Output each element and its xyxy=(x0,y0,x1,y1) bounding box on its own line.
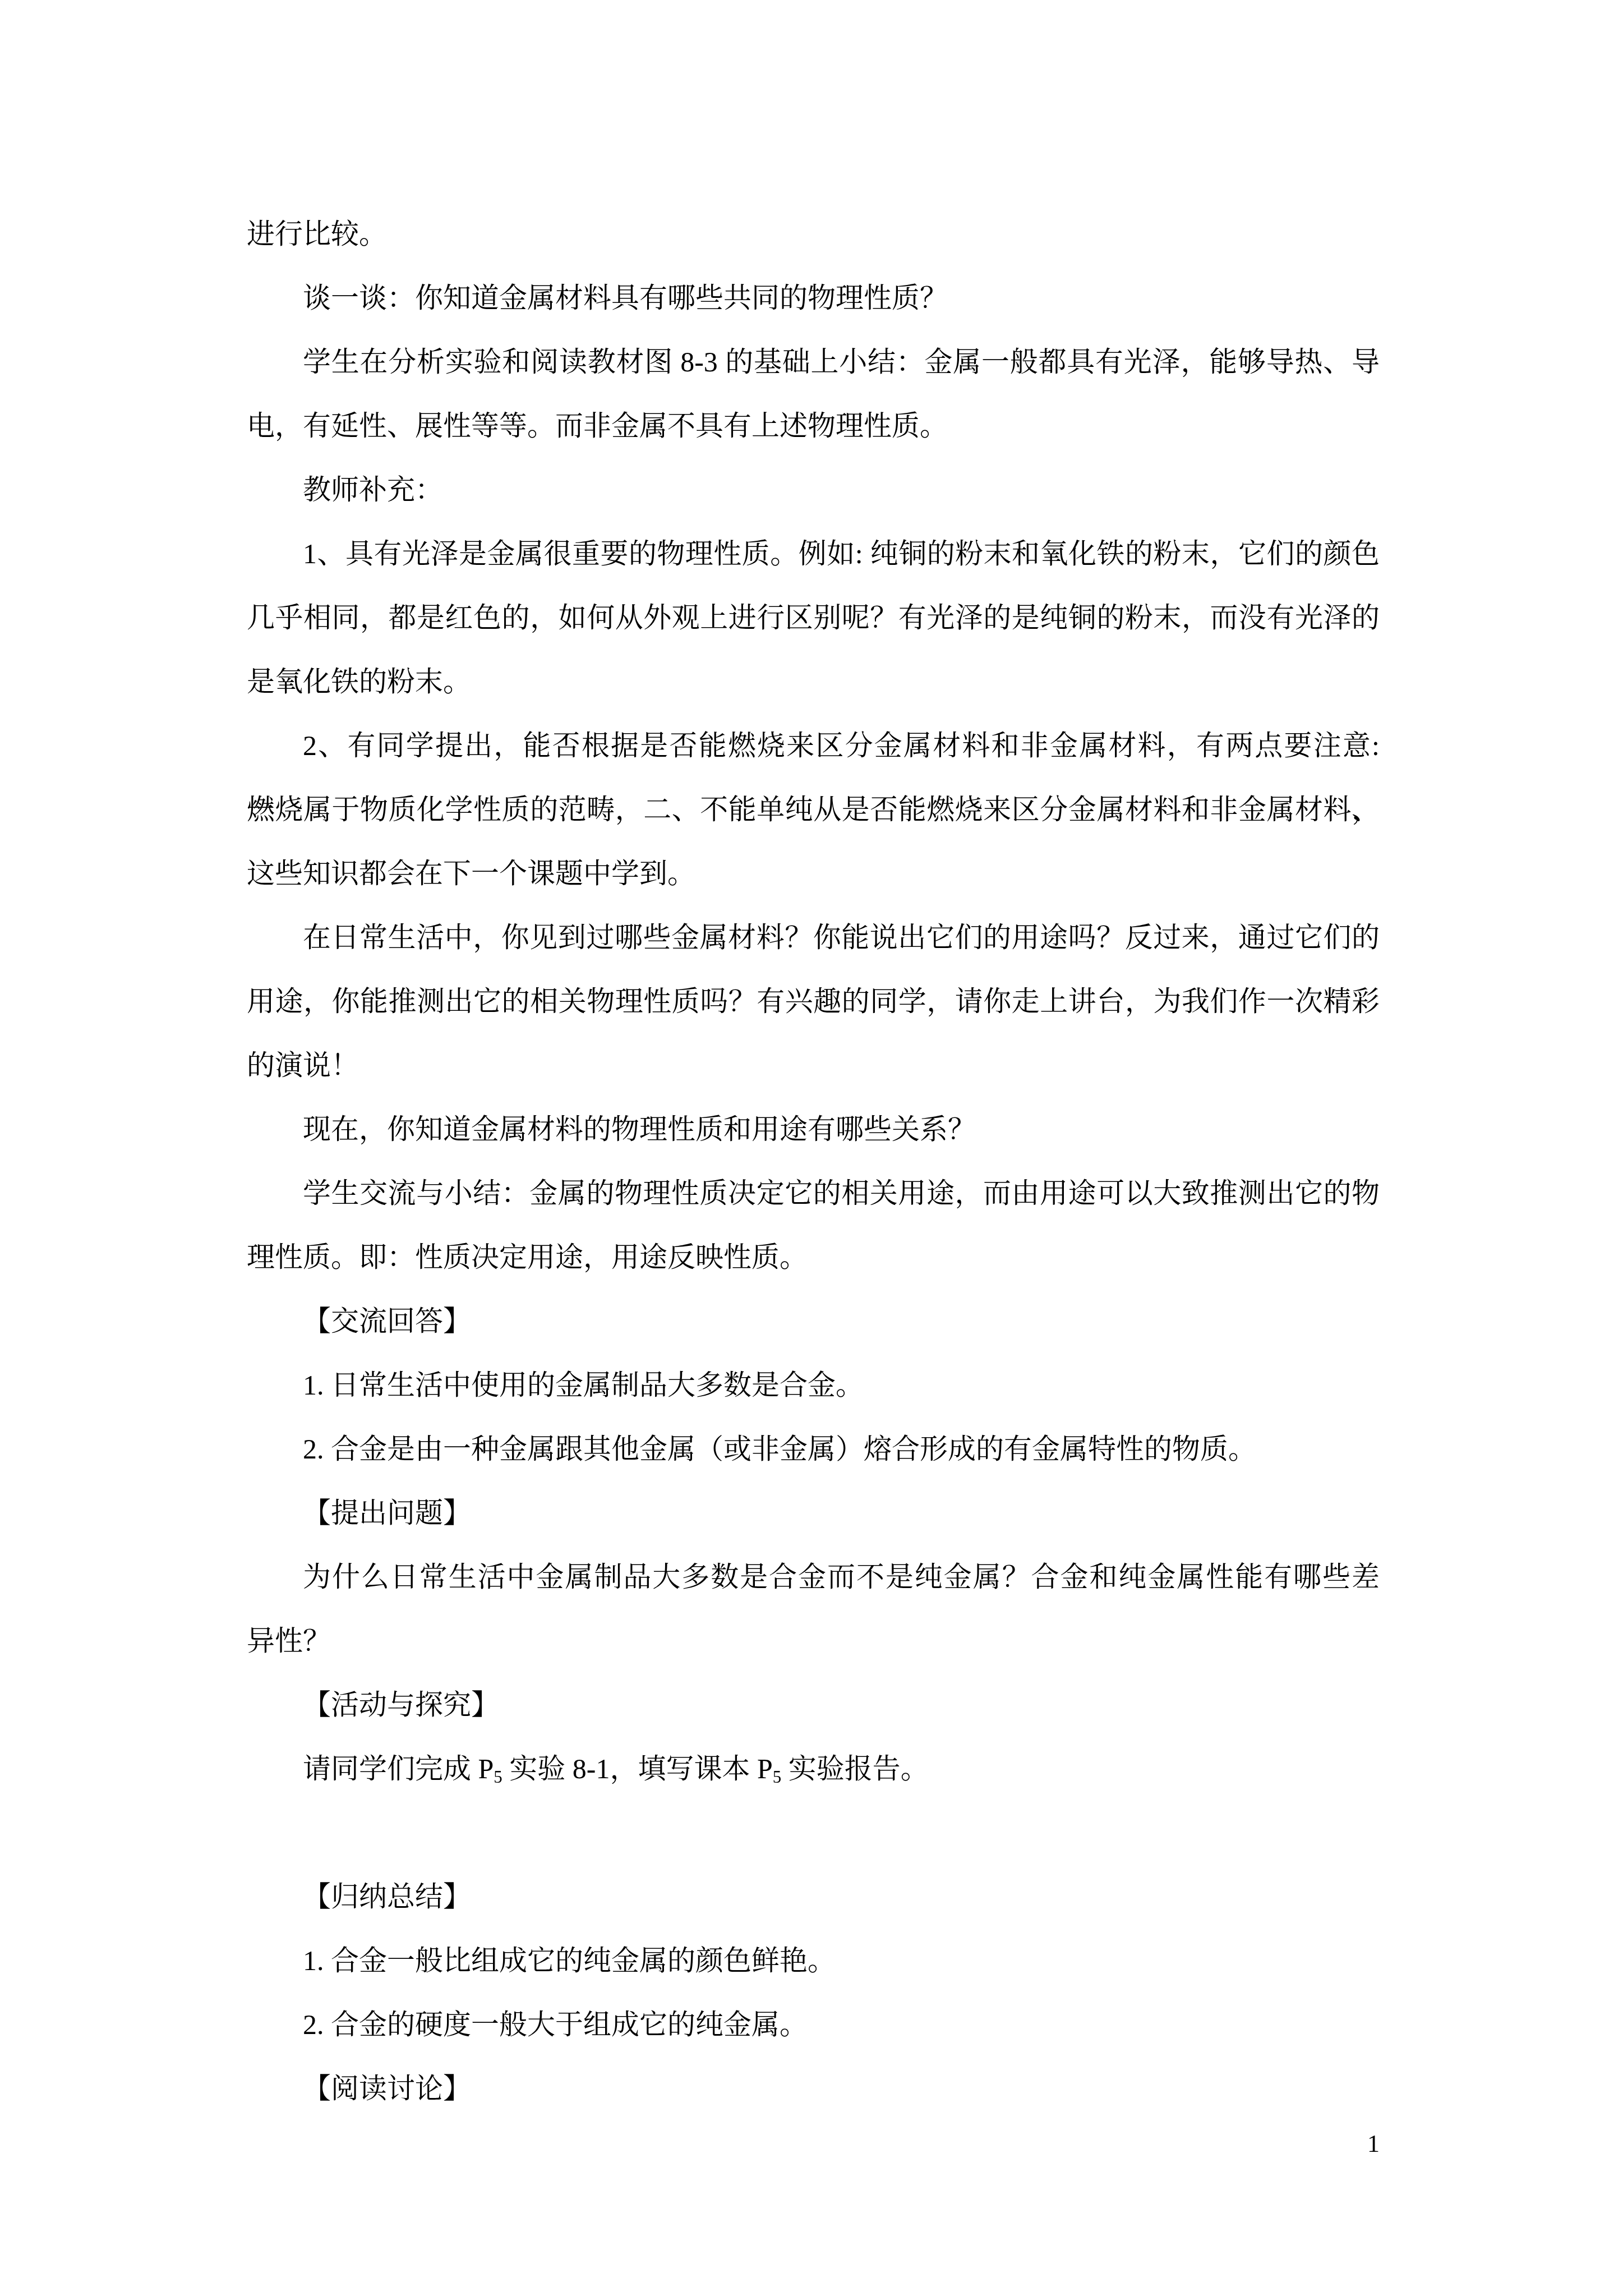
text-line: 【归纳总结】 xyxy=(247,1865,1380,1929)
line-text: 几乎相同，都是红色的，如何从外观上进行区别呢？有光泽的是纯铜的粉末，而没有光泽的 xyxy=(247,602,1380,633)
line-text: 现在，你知道金属材料的物理性质和用途有哪些关系？ xyxy=(303,1114,976,1145)
line-text: 1. 合金一般比组成它的纯金属的颜色鲜艳。 xyxy=(303,1945,836,1976)
text-line: 为什么日常生活中金属制品大多数是合金而不是纯金属？合金和纯金属性能有哪些差 xyxy=(247,1545,1380,1609)
text-line: 在日常生活中，你见到过哪些金属材料？你能说出它们的用途吗？反过来，通过它们的 xyxy=(247,905,1380,969)
line-text: 理性质。即：性质决定用途，用途反映性质。 xyxy=(247,1241,808,1273)
text-line: 请同学们完成 P5 实验 8-1，填写课本 P5 实验报告。 xyxy=(247,1737,1380,1801)
text-line: 2、有同学提出，能否根据是否能燃烧来区分金属材料和非金属材料，有两点要注意: 一… xyxy=(247,714,1380,777)
subscript-text: 5 xyxy=(494,1767,502,1787)
line-text: 1. 日常生活中使用的金属制品大多数是合金。 xyxy=(303,1369,864,1401)
text-line: 【交流回答】 xyxy=(247,1289,1380,1353)
line-text: 【活动与探究】 xyxy=(303,1689,499,1720)
document-body: 进行比较。谈一谈：你知道金属材料具有哪些共同的物理性质？学生在分析实验和阅读教材… xyxy=(247,202,1380,2120)
text-line: 谈一谈：你知道金属材料具有哪些共同的物理性质？ xyxy=(247,266,1380,330)
line-text: 【提出问题】 xyxy=(303,1497,471,1529)
text-line: 几乎相同，都是红色的，如何从外观上进行区别呢？有光泽的是纯铜的粉末，而没有光泽的 xyxy=(247,586,1380,650)
text-line: 2. 合金是由一种金属跟其他金属（或非金属）熔合形成的有金属特性的物质。 xyxy=(247,1417,1380,1481)
line-text: 是氧化铁的粉末。 xyxy=(247,666,471,697)
line-text: 为什么日常生活中金属制品大多数是合金而不是纯金属？合金和纯金属性能有哪些差 xyxy=(303,1561,1380,1593)
document-page: 进行比较。谈一谈：你知道金属材料具有哪些共同的物理性质？学生在分析实验和阅读教材… xyxy=(0,0,1623,2296)
text-line: 现在，你知道金属材料的物理性质和用途有哪些关系？ xyxy=(247,1097,1380,1161)
line-text: 【交流回答】 xyxy=(303,1305,471,1337)
line-text: 在日常生活中，你见到过哪些金属材料？你能说出它们的用途吗？反过来，通过它们的 xyxy=(303,922,1380,953)
text-line: 【活动与探究】 xyxy=(247,1673,1380,1737)
text-line: 【提出问题】 xyxy=(247,1481,1380,1545)
line-text: 谈一谈：你知道金属材料具有哪些共同的物理性质？ xyxy=(303,282,948,314)
line-text: 学生在分析实验和阅读教材图 8-3 的基础上小结：金属一般都具有光泽，能够导热、… xyxy=(303,346,1380,378)
line-text: 的演说！ xyxy=(247,1050,359,1081)
line-text: 1、具有光泽是金属很重要的物理性质。例如: 纯铜的粉末和氧化铁的粉末，它们的颜色 xyxy=(303,538,1380,569)
line-text: 【归纳总结】 xyxy=(303,1881,471,1912)
text-line: 1. 合金一般比组成它的纯金属的颜色鲜艳。 xyxy=(247,1929,1380,1993)
line-text: 用途，你能推测出它的相关物理性质吗？有兴趣的同学，请你走上讲台，为我们作一次精彩 xyxy=(247,986,1380,1017)
text-line: 教师补充： xyxy=(247,458,1380,522)
line-text: 实验报告。 xyxy=(781,1753,929,1784)
line-text: 2. 合金是由一种金属跟其他金属（或非金属）熔合形成的有金属特性的物质。 xyxy=(303,1433,1256,1465)
line-text: 异性？ xyxy=(247,1625,331,1657)
text-line: 学生交流与小结：金属的物理性质决定它的相关用途，而由用途可以大致推测出它的物 xyxy=(247,1161,1380,1225)
line-text: 燃烧属于物质化学性质的范畴，二、不能单纯从是否能燃烧来区分金属材料和非金属材料， xyxy=(247,794,1380,825)
text-line: 异性？ xyxy=(247,1609,1380,1673)
line-text: 实验 8-1，填写课本 P xyxy=(502,1753,773,1784)
text-line: 2. 合金的硬度一般大于组成它的纯金属。 xyxy=(247,1993,1380,2056)
text-line: 理性质。即：性质决定用途，用途反映性质。 xyxy=(247,1225,1380,1289)
text-line: 是氧化铁的粉末。 xyxy=(247,650,1380,714)
text-line: 电，有延性、展性等等。而非金属不具有上述物理性质。 xyxy=(247,394,1380,458)
line-text: 进行比较。 xyxy=(247,218,387,250)
text-line: 进行比较。 xyxy=(247,202,1380,266)
line-text: 这些知识都会在下一个课题中学到。 xyxy=(247,858,695,889)
text-line: 用途，你能推测出它的相关物理性质吗？有兴趣的同学，请你走上讲台，为我们作一次精彩 xyxy=(247,969,1380,1033)
line-text: 【阅读讨论】 xyxy=(303,2073,471,2104)
line-text: 学生交流与小结：金属的物理性质决定它的相关用途，而由用途可以大致推测出它的物 xyxy=(303,1177,1380,1209)
text-line: 【阅读讨论】 xyxy=(247,2056,1380,2120)
text-line xyxy=(247,1801,1380,1865)
text-line: 这些知识都会在下一个课题中学到。 xyxy=(247,841,1380,905)
line-text: 请同学们完成 P xyxy=(303,1753,494,1784)
text-line: 的演说！ xyxy=(247,1033,1380,1097)
page-number: 1 xyxy=(247,2129,1380,2159)
text-line: 燃烧属于物质化学性质的范畴，二、不能单纯从是否能燃烧来区分金属材料和非金属材料， xyxy=(247,777,1380,841)
line-text: 2. 合金的硬度一般大于组成它的纯金属。 xyxy=(303,2009,808,2040)
subscript-text: 5 xyxy=(773,1767,782,1787)
line-text: 教师补充： xyxy=(303,474,443,505)
text-line: 1. 日常生活中使用的金属制品大多数是合金。 xyxy=(247,1353,1380,1417)
text-line: 学生在分析实验和阅读教材图 8-3 的基础上小结：金属一般都具有光泽，能够导热、… xyxy=(247,330,1380,394)
text-line: 1、具有光泽是金属很重要的物理性质。例如: 纯铜的粉末和氧化铁的粉末，它们的颜色 xyxy=(247,522,1380,586)
line-text: 电，有延性、展性等等。而非金属不具有上述物理性质。 xyxy=(247,410,948,441)
